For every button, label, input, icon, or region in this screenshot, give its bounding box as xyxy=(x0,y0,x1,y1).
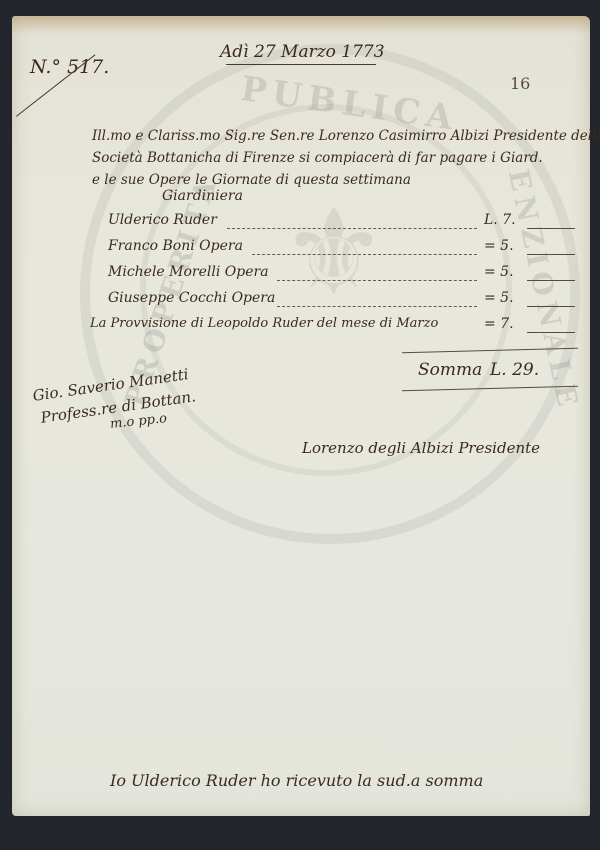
entry-rule xyxy=(527,254,575,255)
entry-name: Ulderico Ruder xyxy=(108,212,217,228)
entry-amount: L. 7. xyxy=(484,212,516,228)
address-line-3: e le sue Opere le Giornate di questa set… xyxy=(92,172,411,188)
entry-amount: = 5. xyxy=(484,238,514,254)
entry-amount: = 5. xyxy=(484,264,514,280)
receipt-note: Io Ulderico Ruder ho ricevuto la sud.a s… xyxy=(110,771,483,790)
entry-amount: = 5. xyxy=(484,290,514,306)
signature-right: Lorenzo degli Albizi Presidente xyxy=(302,439,540,457)
address-line-2: Società Bottanicha di Firenze si compiac… xyxy=(92,150,543,166)
entry-rule xyxy=(527,332,575,333)
folio-number: 16 xyxy=(510,74,530,93)
document-date: Adì 27 Marzo 1773 xyxy=(220,42,385,62)
entry-name: Michele Morelli Opera xyxy=(108,264,269,280)
total-amount: L. 29. xyxy=(490,360,539,380)
entry-name: Franco Boni Opera xyxy=(108,238,243,254)
entry-name: Giuseppe Cocchi Opera xyxy=(108,290,275,306)
entry-leader xyxy=(277,280,477,281)
entry-leader xyxy=(277,306,477,307)
entry-leader xyxy=(227,228,477,229)
date-underline xyxy=(226,64,376,65)
manuscript-page: PUBLICA PROPERITA ENZIONALE ⚜ N.° 517. A… xyxy=(12,16,590,816)
entry-rule xyxy=(527,228,575,229)
address-line-1: Ill.mo e Clariss.mo Sig.re Sen.re Lorenz… xyxy=(92,128,600,144)
section-heading: Giardiniera xyxy=(162,188,243,204)
entry-amount: = 7. xyxy=(484,316,514,332)
entry-name: La Provvisione di Leopoldo Ruder del mes… xyxy=(90,316,438,331)
entry-rule xyxy=(527,306,575,307)
entry-leader xyxy=(252,254,477,255)
paper-stain xyxy=(12,16,590,34)
total-label: Somma xyxy=(418,360,482,380)
entry-rule xyxy=(527,280,575,281)
